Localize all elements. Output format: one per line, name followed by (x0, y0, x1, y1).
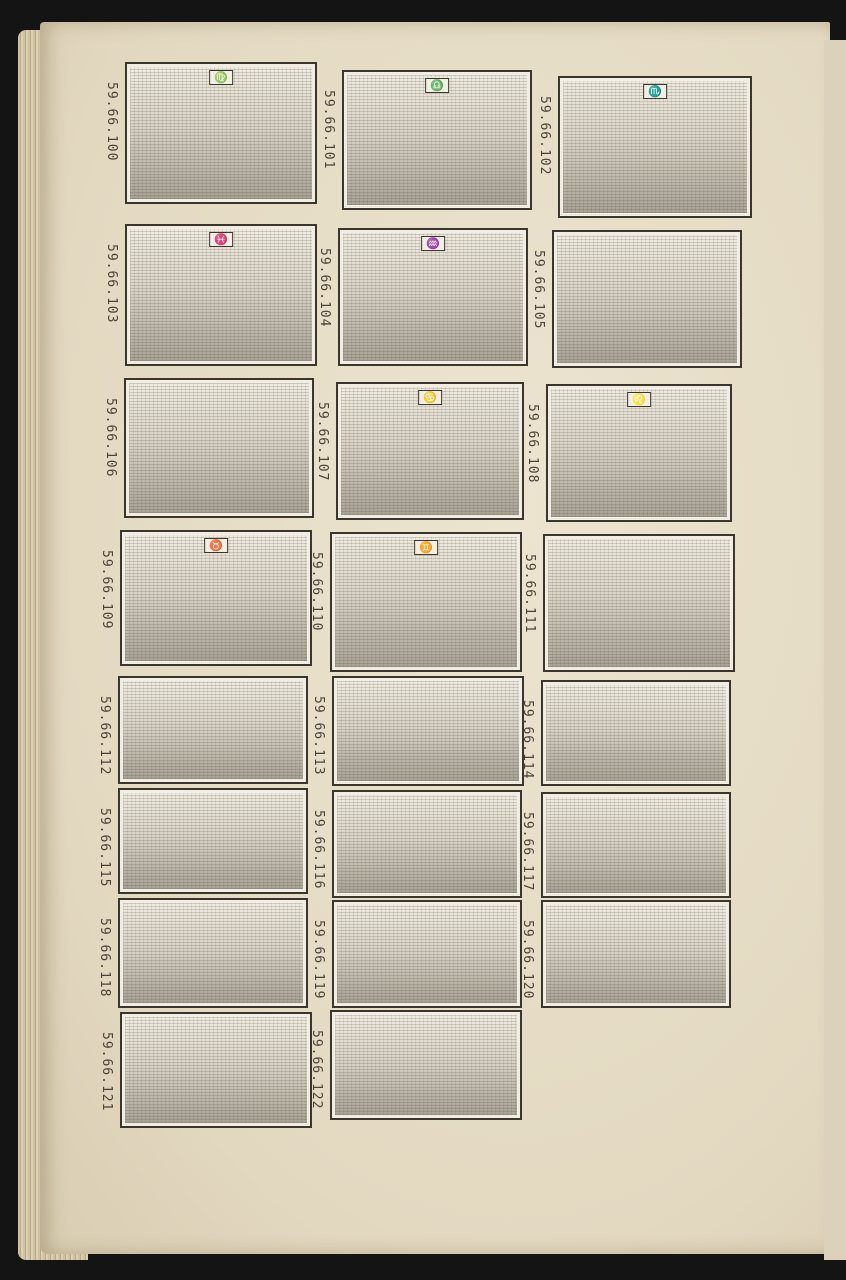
woodcut-print (124, 378, 314, 518)
catalog-number: 59.66.110 (309, 552, 324, 631)
catalog-number: 59.66.111 (522, 554, 537, 633)
print-illustration (130, 67, 312, 199)
catalog-number: 59.66.103 (104, 244, 119, 323)
print-illustration (335, 537, 517, 667)
zodiac-symbol-icon: ♏ (643, 84, 667, 99)
catalog-number: 59.66.105 (531, 250, 546, 329)
print-illustration (123, 793, 303, 889)
catalog-number: 59.66.118 (97, 918, 112, 997)
catalog-number: 59.66.112 (97, 696, 112, 775)
catalog-number: 59.66.119 (311, 920, 326, 999)
print-illustration (546, 905, 726, 1003)
woodcut-print: ♌ (546, 384, 732, 522)
print-illustration (125, 535, 307, 661)
print-illustration (337, 905, 517, 1003)
catalog-number: 59.66.113 (311, 696, 326, 775)
print-illustration (337, 795, 517, 893)
catalog-number: 59.66.104 (317, 248, 332, 327)
woodcut-print: ♋ (336, 382, 524, 520)
woodcut-print: ♏ (558, 76, 752, 218)
catalog-number: 59.66.101 (321, 90, 336, 169)
print-illustration (557, 235, 737, 363)
woodcut-print (330, 1010, 522, 1120)
woodcut-print: ♎ (342, 70, 532, 210)
zodiac-symbol-icon: ♎ (425, 78, 449, 93)
print-illustration (130, 229, 312, 361)
woodcut-print: ♒ (338, 228, 528, 366)
catalog-number: 59.66.116 (311, 810, 326, 889)
catalog-number: 59.66.114 (520, 700, 535, 779)
catalog-number: 59.66.115 (97, 808, 112, 887)
woodcut-print (118, 676, 308, 784)
woodcut-print (541, 792, 731, 898)
print-illustration (335, 1015, 517, 1115)
print-illustration (546, 797, 726, 893)
woodcut-print (118, 898, 308, 1008)
facing-page-edge (824, 40, 846, 1260)
woodcut-print (543, 534, 735, 672)
woodcut-print (120, 1012, 312, 1128)
woodcut-print (118, 788, 308, 894)
woodcut-print: ♍ (125, 62, 317, 204)
print-illustration (123, 681, 303, 779)
catalog-number: 59.66.102 (537, 96, 552, 175)
print-illustration (337, 681, 519, 781)
catalog-number: 59.66.100 (104, 82, 119, 161)
print-illustration (551, 389, 727, 517)
catalog-number: 59.66.106 (103, 398, 118, 477)
print-illustration (129, 383, 309, 513)
zodiac-symbol-icon: ♌ (627, 392, 651, 407)
catalog-number: 59.66.109 (99, 550, 114, 629)
woodcut-print (552, 230, 742, 368)
woodcut-print (332, 676, 524, 786)
catalog-number: 59.66.117 (520, 812, 535, 891)
catalog-number: 59.66.107 (315, 402, 330, 481)
print-illustration (343, 233, 523, 361)
woodcut-print: ♓ (125, 224, 317, 366)
print-illustration (125, 1017, 307, 1123)
woodcut-print (332, 790, 522, 898)
catalog-number: 59.66.121 (99, 1032, 114, 1111)
woodcut-print (332, 900, 522, 1008)
print-illustration (563, 81, 747, 213)
zodiac-symbol-icon: ♒ (421, 236, 445, 251)
print-illustration (546, 685, 726, 781)
zodiac-symbol-icon: ♓ (209, 232, 233, 247)
print-illustration (347, 75, 527, 205)
zodiac-symbol-icon: ♋ (418, 390, 442, 405)
woodcut-print: ♊ (330, 532, 522, 672)
zodiac-symbol-icon: ♍ (209, 70, 233, 85)
woodcut-print: ♉ (120, 530, 312, 666)
woodcut-print (541, 900, 731, 1008)
zodiac-symbol-icon: ♉ (204, 538, 228, 553)
print-illustration (341, 387, 519, 515)
print-illustration (123, 903, 303, 1003)
catalog-number: 59.66.108 (525, 404, 540, 483)
zodiac-symbol-icon: ♊ (414, 540, 438, 555)
catalog-number: 59.66.120 (520, 920, 535, 999)
print-illustration (548, 539, 730, 667)
woodcut-print (541, 680, 731, 786)
catalog-number: 59.66.122 (309, 1030, 324, 1109)
